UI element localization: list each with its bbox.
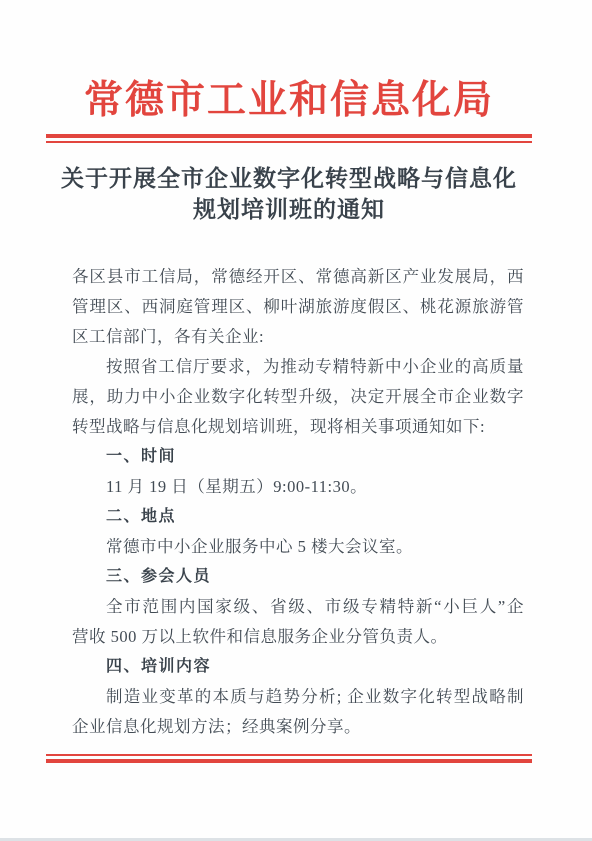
footer-rule-thick-line [46, 759, 532, 763]
section-heading-time: 一、时间 [72, 442, 524, 472]
section-heading-attendees: 三、参会人员 [72, 562, 524, 592]
body-line: 区工信部门，各有关企业: [72, 322, 524, 352]
document-title-line2: 规划培训班的通知 [46, 194, 532, 225]
section-heading-training-content: 四、培训内容 [72, 652, 524, 682]
body-line: 营收 500 万以上软件和信息服务企业分管负责人。 [72, 622, 524, 652]
document-page: 常德市工业和信息化局 关于开展全市企业数字化转型战略与信息化 规划培训班的通知 … [0, 0, 592, 841]
body-line: 11 月 19 日（星期五）9:00-11:30。 [72, 472, 524, 502]
body-line: 展，助力中小企业数字化转型升级，决定开展全市企业数字化 [72, 382, 524, 412]
body-line: 企业信息化规划方法；经典案例分享。 [72, 712, 524, 742]
section-heading-location: 二、地点 [72, 502, 524, 532]
document-body: 各区县市工信局，常德经开区、常德高新区产业发展局，西湖 管理区、西洞庭管理区、柳… [72, 262, 524, 742]
body-line: 转型战略与信息化规划培训班，现将相关事项通知如下: [72, 412, 524, 442]
body-line: 全市范围内国家级、省级、市级专精特新“小巨人”企业、 [72, 592, 524, 622]
header-double-rule [46, 134, 532, 143]
body-line: 按照省工信厅要求，为推动专精特新中小企业的高质量发 [72, 352, 524, 382]
body-line: 制造业变革的本质与趋势分析; 企业数字化转型战略制定、 [72, 682, 524, 712]
agency-header-title: 常德市工业和信息化局 [46, 78, 532, 124]
header-rule-thin-line [46, 141, 532, 143]
document-title: 关于开展全市企业数字化转型战略与信息化 规划培训班的通知 [46, 163, 532, 225]
body-line: 各区县市工信局，常德经开区、常德高新区产业发展局，西湖 [72, 262, 524, 292]
footer-double-rule [46, 754, 532, 763]
body-line: 常德市中小企业服务中心 5 楼大会议室。 [72, 532, 524, 562]
body-line: 管理区、西洞庭管理区、柳叶湖旅游度假区、桃花源旅游管理 [72, 292, 524, 322]
document-title-line1: 关于开展全市企业数字化转型战略与信息化 [46, 163, 532, 194]
